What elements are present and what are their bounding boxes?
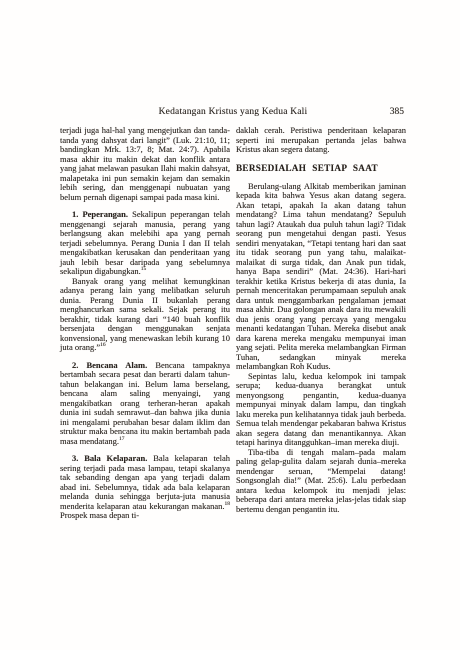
book-page: Kedatangan Kristus yang Kedua Kali 385 t…: [0, 0, 460, 650]
footnote-ref: 18: [225, 501, 231, 507]
paragraph-text: Prospek masa depan ti-: [60, 510, 139, 520]
section-heading: BERSEDIALAH SETIAP SAAT: [236, 163, 406, 174]
paragraph-tengah-malam: Tiba-tiba di tengah malam–pada malam pal…: [236, 448, 406, 515]
footnote-ref: 17: [119, 436, 125, 442]
paragraph-text: daklah cerah. Peristiwa penderitaan kela…: [236, 125, 406, 154]
footnote-ref: 15: [141, 266, 147, 272]
paragraph-lead: 1. Peperangan.: [72, 209, 128, 219]
text-columns: terjadi juga hal-hal yang mengejutkan da…: [60, 126, 406, 521]
paragraph-perang-dunia: Banyak orang yang melihat kemungkinan ad…: [60, 277, 230, 353]
paragraph-lead: 2. Bencana Alam.: [72, 360, 147, 370]
left-column: terjadi juga hal-hal yang mengejutkan da…: [60, 126, 230, 521]
paragraph-text: Tiba-tiba di tengah malam–pada malam pal…: [236, 447, 406, 514]
paragraph-continuation: terjadi juga hal-hal yang mengejutkan da…: [60, 126, 230, 202]
paragraph-peperangan: 1. Peperangan. Sekalipun peperangan tela…: [60, 210, 230, 277]
paragraph-text: Berulang-ulang Alkitab memberikan jamina…: [236, 181, 406, 372]
running-head: Kedatangan Kristus yang Kedua Kali 385: [60, 106, 406, 118]
paragraph-text: Bencana tampaknya bertambah secara pesat…: [60, 360, 230, 446]
paragraph-kelaparan-continuation: daklah cerah. Peristiwa penderitaan kela…: [236, 126, 406, 155]
paragraph-sepintas: Sepintas lalu, kedua kelompok ini tampak…: [236, 372, 406, 448]
paragraph-bencana-alam: 2. Bencana Alam. Bencana tampaknya berta…: [60, 361, 230, 447]
paragraph-jaminan: Berulang-ulang Alkitab memberikan jamina…: [236, 182, 406, 372]
running-head-title: Kedatangan Kristus yang Kedua Kali: [60, 106, 406, 118]
right-column: daklah cerah. Peristiwa penderitaan kela…: [236, 126, 406, 521]
paragraph-text: Sepintas lalu, kedua kelompok ini tampak…: [236, 371, 406, 448]
paragraph-text: terjadi juga hal-hal yang mengejutkan da…: [60, 125, 230, 202]
paragraph-lead: 3. Bala Kelaparan.: [72, 453, 147, 463]
paragraph-text: Bala kelaparan telah sering terjadi pada…: [60, 453, 230, 511]
footnote-ref: 16: [100, 342, 106, 348]
paragraph-text: Banyak orang yang melihat kemungkinan ad…: [60, 276, 230, 353]
paragraph-bala-kelaparan: 3. Bala Kelaparan. Bala kelaparan telah …: [60, 454, 230, 521]
page-number: 385: [390, 106, 404, 118]
